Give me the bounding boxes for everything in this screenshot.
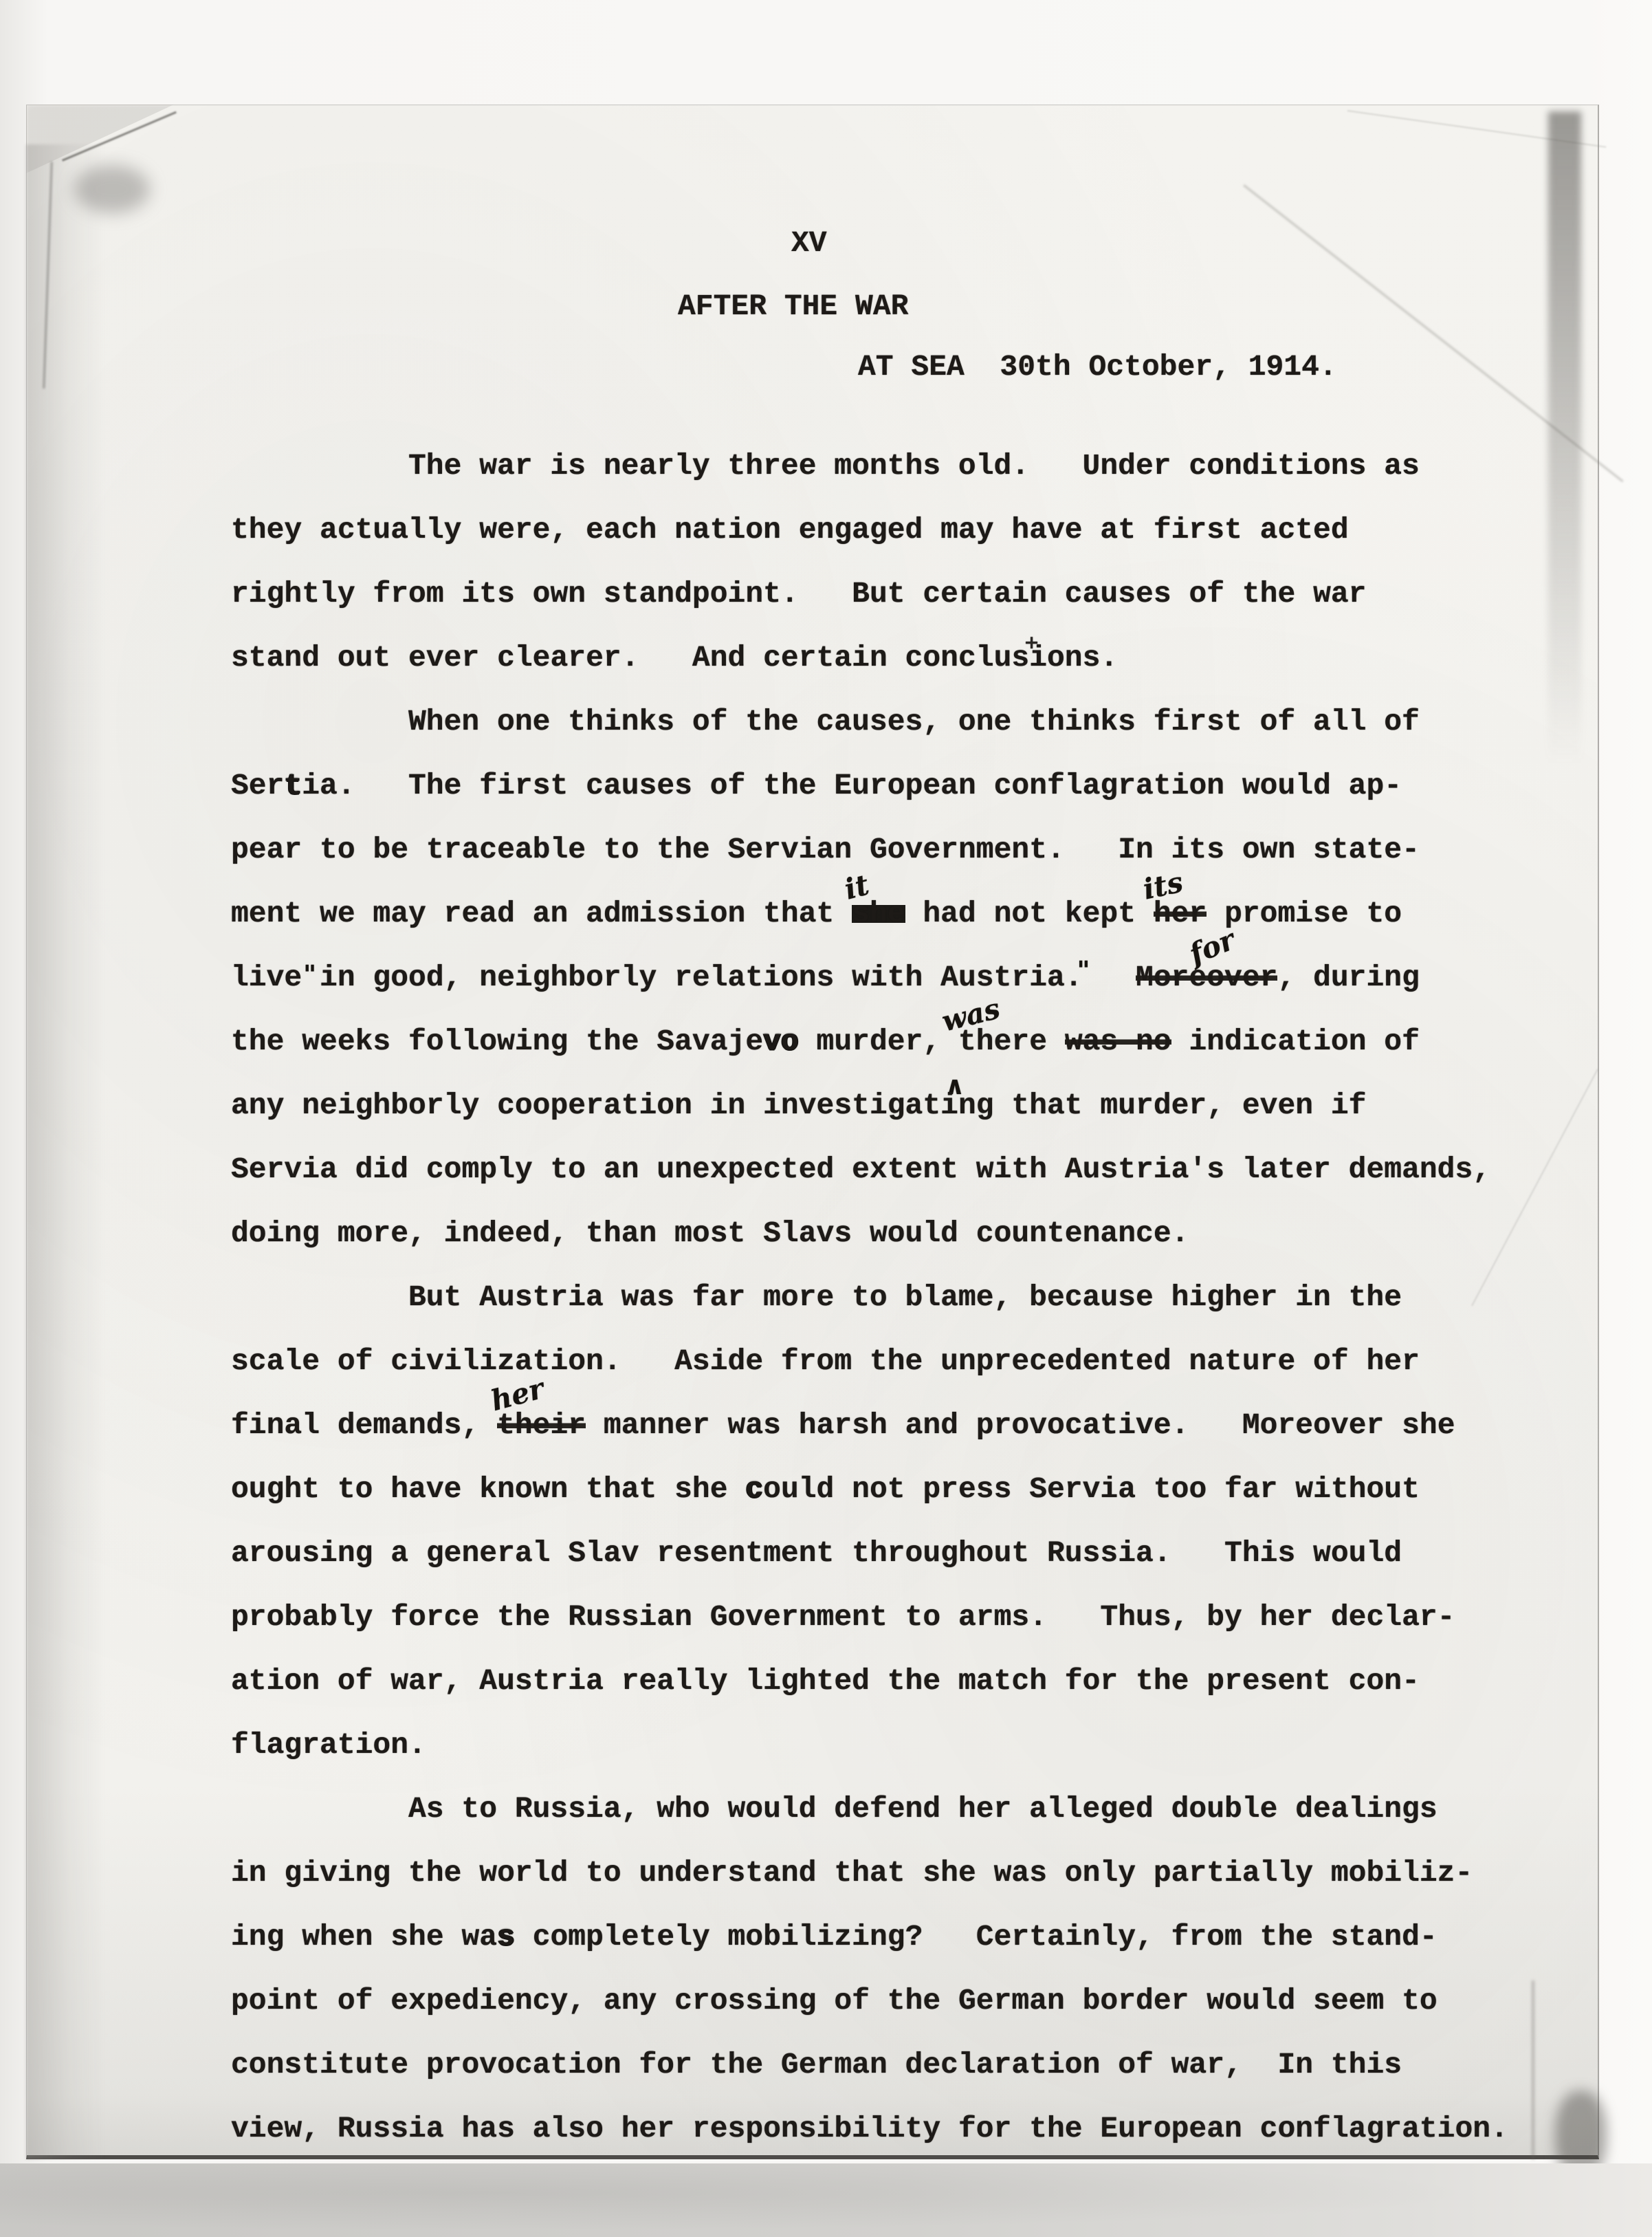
overstruck-text: t bbox=[284, 769, 302, 803]
typed-line: doing more, indeed, than most Slavs woul… bbox=[231, 1201, 1633, 1265]
typed-line: The war is nearly three months old. Unde… bbox=[231, 434, 1633, 498]
paper-sheet: XV AFTER THE WAR AT SEA 30th October, 19… bbox=[26, 105, 1599, 2159]
handwritten-text: its bbox=[1141, 868, 1186, 904]
typed-text: ing when she wa bbox=[231, 1920, 497, 1954]
typed-text: point of expediency, any crossing of the… bbox=[231, 1984, 1438, 2018]
typed-line: When one thinks of the causes, one think… bbox=[231, 690, 1633, 754]
typed-text: promise to bbox=[1207, 897, 1402, 930]
typed-text: rightly from its own standpoint. But cer… bbox=[231, 577, 1029, 611]
typed-line: final demands, theirher manner was harsh… bbox=[231, 1393, 1633, 1457]
typed-line: flagration. bbox=[231, 1713, 1633, 1777]
typed-text: n causes of the war bbox=[1029, 577, 1366, 611]
struck-text: was no bbox=[1065, 1025, 1171, 1058]
typed-text: completely mobilizing? Certainly, from t… bbox=[515, 1920, 1438, 1954]
typed-line: But Austria was far more to blame, becau… bbox=[231, 1265, 1633, 1329]
typed-text: scale of civilization. Aside from the un… bbox=[231, 1344, 1420, 1378]
typed-line: As to Russia, who would defend her alleg… bbox=[231, 1777, 1633, 1841]
typed-line: view, Russia has also her responsibility… bbox=[231, 2097, 1633, 2161]
typed-text: probably force the Russian Government to… bbox=[231, 1600, 1455, 1634]
typed-text: indication of bbox=[1171, 1025, 1420, 1058]
typed-text: murder, bbox=[799, 1025, 940, 1058]
typed-line: ment we may read an admission that sheit… bbox=[231, 882, 1633, 946]
typed-text: As to Russia, who would defend her alleg… bbox=[408, 1792, 1438, 1826]
typed-text: ought to have known that she bbox=[231, 1472, 745, 1506]
typed-text: constitute provocation for the German de… bbox=[231, 2048, 1402, 2082]
dateline: AT SEA 30th October, 1914. bbox=[858, 350, 1337, 384]
typed-line: ought to have known that she could not p… bbox=[231, 1457, 1633, 1521]
typed-line: constitute provocation for the German de… bbox=[231, 2033, 1633, 2097]
typed-text: The war is nearly three months old. Unde… bbox=[408, 449, 1420, 483]
typed-line: stand out ever clearer. And certain conc… bbox=[231, 626, 1633, 690]
typed-text: ia. The first causes of the European con… bbox=[302, 769, 1402, 803]
typed-text: manner was harsh and provocative. Moreov… bbox=[586, 1408, 1455, 1442]
typed-text: view, Russia has also her responsibility… bbox=[231, 2112, 1508, 2146]
typed-line: rightly from its own standpoint. But cer… bbox=[231, 562, 1633, 626]
typed-text: , during bbox=[1277, 961, 1419, 994]
typed-line: any neighborly cooperation in investigat… bbox=[231, 1073, 1633, 1137]
typed-text: in giving the world to understand that s… bbox=[231, 1856, 1473, 1890]
typed-line: ing when she was completely mobilizing? … bbox=[231, 1905, 1633, 1969]
scanned-typescript-page: { "document": { "chapter_number": "XV", … bbox=[0, 0, 1652, 2237]
typed-line: in giving the world to understand that s… bbox=[231, 1841, 1633, 1905]
typed-text: arousing a general Slav resentment throu… bbox=[231, 1536, 1402, 1570]
typed-text: pear to be traceable to the Servian Gove… bbox=[231, 833, 1420, 866]
typed-text: any neighborly cooperation in investigat… bbox=[231, 1089, 1366, 1122]
typed-text: had not kept bbox=[905, 897, 1154, 930]
typed-text: doing more, indeed, than most Slavs woul… bbox=[231, 1216, 1189, 1250]
handwritten-text: " bbox=[303, 961, 316, 989]
chapter-title: AFTER THE WAR bbox=[678, 290, 908, 323]
typed-line: arousing a general Slav resentment throu… bbox=[231, 1521, 1633, 1585]
typed-line: Servia did comply to an unexpected exten… bbox=[231, 1137, 1633, 1201]
typed-text: they actually were, each nation engaged … bbox=[231, 513, 1349, 547]
typed-line: ation of war, Austria really lighted the… bbox=[231, 1649, 1633, 1713]
typed-text: Servia did comply to an unexpected exten… bbox=[231, 1153, 1490, 1186]
typed-text: flagration. bbox=[231, 1728, 426, 1762]
typed-text: the weeks following the Savaje bbox=[231, 1025, 763, 1058]
typed-text bbox=[1083, 961, 1136, 994]
typed-line: the weeks following the Savajevo murder,… bbox=[231, 1010, 1633, 1073]
typed-lines: The war is nearly three months old. Unde… bbox=[231, 434, 1633, 2161]
overstruck-text: s bbox=[497, 1920, 515, 1954]
typed-text: ould not press Servia too far without bbox=[763, 1472, 1420, 1506]
typed-text: in good, neighborly relations with Austr… bbox=[302, 961, 1082, 994]
chapter-number: XV bbox=[791, 226, 827, 260]
typed-text: ation of war, Austria really lighted the… bbox=[231, 1664, 1420, 1698]
typed-line: live" in good, neighborly relations with… bbox=[231, 946, 1633, 1010]
typed-line: Sertia. The first causes of the European… bbox=[231, 754, 1633, 818]
overstruck-text: vo bbox=[763, 1025, 799, 1058]
scan-background-strip bbox=[0, 2163, 1652, 2237]
typed-line: pear to be traceable to the Servian Gove… bbox=[231, 818, 1633, 882]
typed-text: ment we may read an admission that bbox=[231, 897, 852, 930]
typed-text: Ser bbox=[231, 769, 284, 803]
overstruck-text: c bbox=[745, 1472, 763, 1506]
typed-line: probably force the Russian Government to… bbox=[231, 1585, 1633, 1649]
typed-line: they actually were, each nation engaged … bbox=[231, 498, 1633, 562]
typed-line: point of expediency, any crossing of the… bbox=[231, 1969, 1633, 2033]
typed-text: stand out ever clearer. And certain conc… bbox=[231, 641, 1118, 675]
typed-text: When one thinks of the causes, one think… bbox=[408, 705, 1420, 739]
typed-line: scale of civilization. Aside from the un… bbox=[231, 1329, 1633, 1393]
typed-text: final demands, bbox=[231, 1408, 497, 1442]
handwritten-text: " bbox=[1077, 957, 1090, 985]
typed-text: live bbox=[231, 961, 302, 994]
typed-text: But Austria was far more to blame, becau… bbox=[408, 1280, 1402, 1314]
